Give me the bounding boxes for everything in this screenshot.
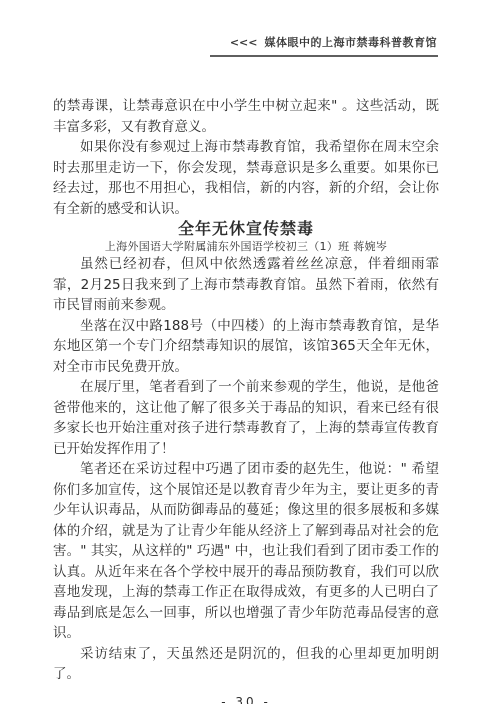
article-title: 全年无休宣传禁毒 — [53, 219, 439, 239]
document-page: <<<媒体眼中的上海市禁毒科普教育馆 的禁毒课，让禁毒意识在中小学生中树立起来"… — [0, 0, 492, 704]
header-title: 媒体眼中的上海市禁毒科普教育馆 — [265, 36, 438, 49]
header-rule: <<<媒体眼中的上海市禁毒科普教育馆 — [210, 34, 438, 57]
article-byline: 上海外国语大学附属浦东外国语学校初三（1）班 蒋婉岑 — [53, 239, 439, 254]
header-chevrons-icon: <<< — [230, 36, 258, 49]
page-number: - 30 - — [53, 692, 439, 704]
article-paragraph: 虽然已经初春，但风中依然透露着丝丝凉意，伴着细雨霏霏，2月25日我来到了上海市禁… — [53, 254, 439, 316]
article-paragraph: 坐落在汉中路188号（中四楼）的上海市禁毒教育馆，是华东地区第一个专门介绍禁毒知… — [53, 316, 439, 378]
page-header: <<<媒体眼中的上海市禁毒科普教育馆 — [0, 34, 438, 57]
article-paragraph: 采访结束了，天虽然还是阴沉的，但我的心里却更加明朗了。 — [53, 644, 439, 685]
article-paragraph: 在展厅里，笔者看到了一个前来参观的学生，他说，是他爸爸带他来的，这让他了解了很多… — [53, 377, 439, 459]
page-body: 的禁毒课，让禁毒意识在中小学生中树立起来" 。这些活动，既丰富多彩，又有教育意义… — [53, 96, 439, 704]
intro-paragraph: 如果你没有参观过上海市禁毒教育馆，我希望你在周末空余时去那里走访一下，你会发现，… — [53, 137, 439, 219]
article-paragraph: 笔者还在采访过程中巧遇了团市委的赵先生，他说：" 希望你们多加宣传，这个展馆还是… — [53, 459, 439, 644]
intro-paragraph: 的禁毒课，让禁毒意识在中小学生中树立起来" 。这些活动，既丰富多彩，又有教育意义… — [53, 96, 439, 137]
